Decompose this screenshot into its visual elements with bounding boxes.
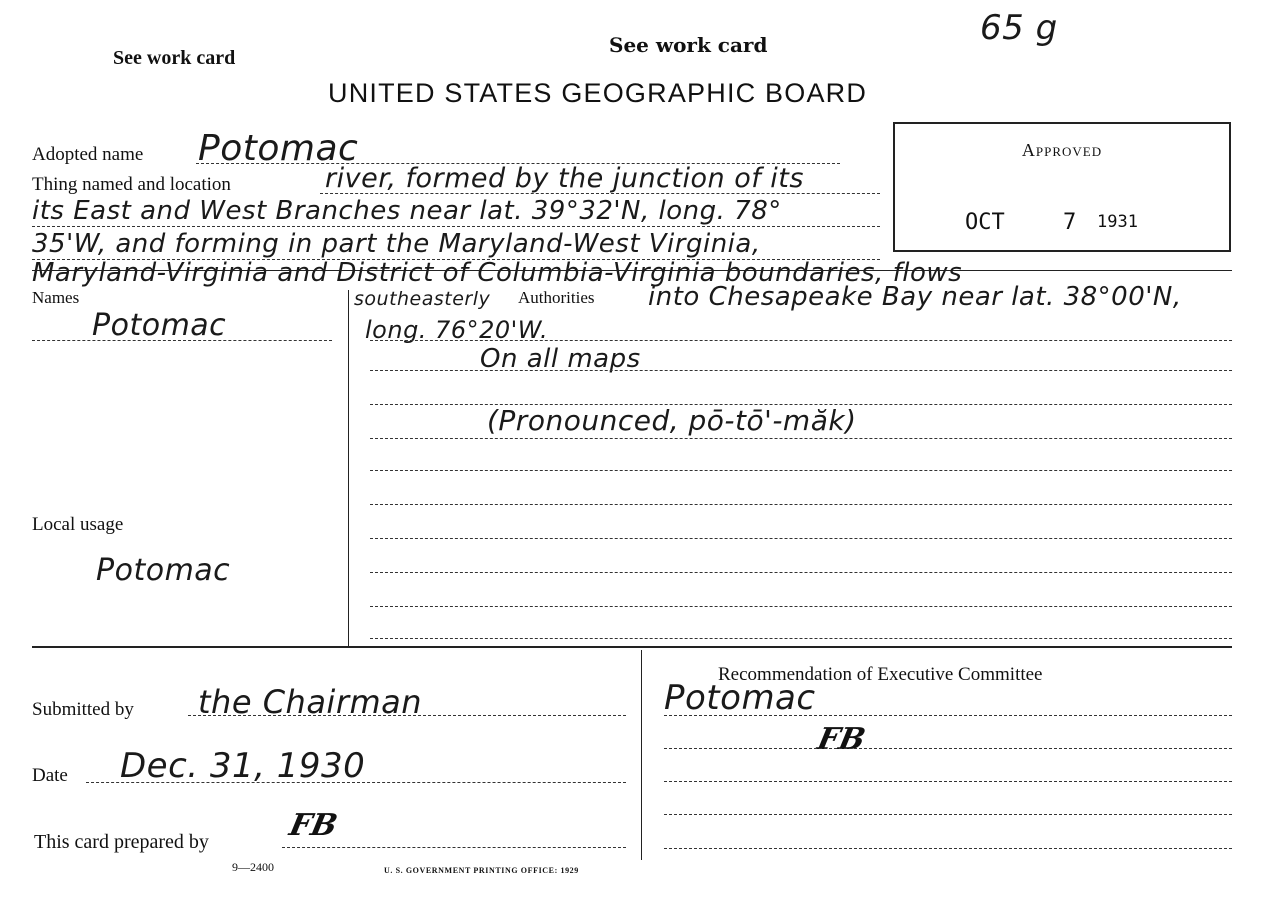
thing-named-line-5: southeasterly — [354, 288, 490, 310]
approval-stamp-day: 7 — [1063, 210, 1076, 235]
authorities-rule-6 — [370, 504, 1232, 505]
authorities-rule-9 — [370, 606, 1232, 607]
authorities-rule-4 — [370, 438, 1232, 439]
recommendation-value: Potomac — [664, 678, 816, 718]
names-value: Potomac — [92, 308, 226, 343]
recommendation-rule-2 — [664, 748, 1232, 749]
submitted-by-label: Submitted by — [32, 699, 134, 721]
recommendation-initials: FB — [814, 722, 868, 757]
recommendation-rule-3 — [664, 781, 1232, 782]
submitted-by-line — [188, 715, 626, 716]
recommendation-rule-5 — [664, 848, 1232, 849]
see-work-card-note-left: See work card — [113, 47, 235, 70]
section-rule-middle — [32, 646, 1232, 648]
thing-named-label: Thing named and location — [32, 174, 231, 196]
names-label: Names — [32, 288, 79, 308]
authorities-rule-8 — [370, 572, 1232, 573]
adopted-name-label: Adopted name — [32, 144, 143, 166]
recommendation-rule-4 — [664, 814, 1232, 815]
file-number: 65 g — [980, 8, 1058, 48]
southeasterly-text: southeasterly — [354, 288, 490, 310]
thing-named-line-3: 35'W, and forming in part the Maryland-W… — [32, 229, 761, 259]
form-number: 9—2400 — [232, 860, 274, 875]
thing-named-rule-2 — [32, 226, 880, 227]
approval-stamp-year: 1931 — [1097, 212, 1138, 232]
date-label: Date — [32, 765, 68, 787]
thing-named-line-5-cont: into Chesapeake Bay near lat. 38°00'N, — [648, 282, 1182, 312]
local-usage-label: Local usage — [32, 514, 123, 536]
local-usage-value: Potomac — [96, 553, 230, 588]
prepared-by-label: This card prepared by — [34, 831, 209, 854]
authorities-rule-7 — [370, 538, 1232, 539]
authorities-rule-1 — [370, 340, 1232, 341]
approval-stamp-month: OCT — [965, 210, 1005, 235]
authorities-rule-2 — [370, 370, 1232, 371]
recommendation-rule-1 — [664, 715, 1232, 716]
date-line — [86, 782, 626, 783]
approval-box: Approved OCT 7 1931 — [893, 122, 1231, 252]
printer-imprint: U. S. GOVERNMENT PRINTING OFFICE: 1929 — [384, 866, 579, 875]
authorities-label: Authorities — [518, 288, 595, 308]
board-title: UNITED STATES GEOGRAPHIC BOARD — [328, 78, 867, 109]
authorities-value-2: (Pronounced, pō-tō'-măk) — [487, 404, 857, 437]
column-divider-lower — [641, 650, 642, 860]
see-work-card-note-center: See work card — [609, 33, 767, 57]
authorities-rule-10 — [370, 638, 1232, 639]
prepared-by-initials: FB — [286, 808, 340, 843]
thing-named-line-1: river, formed by the junction of its — [325, 163, 804, 194]
column-divider-upper — [348, 290, 349, 646]
prepared-by-line — [282, 847, 626, 848]
names-line — [32, 340, 332, 341]
thing-named-line-2: its East and West Branches near lat. 39°… — [32, 196, 782, 226]
approved-label: Approved — [895, 140, 1229, 161]
thing-named-rule-1 — [320, 193, 880, 194]
date-value: Dec. 31, 1930 — [120, 746, 365, 786]
authorities-rule-5 — [370, 470, 1232, 471]
section-rule-top — [32, 270, 1232, 271]
